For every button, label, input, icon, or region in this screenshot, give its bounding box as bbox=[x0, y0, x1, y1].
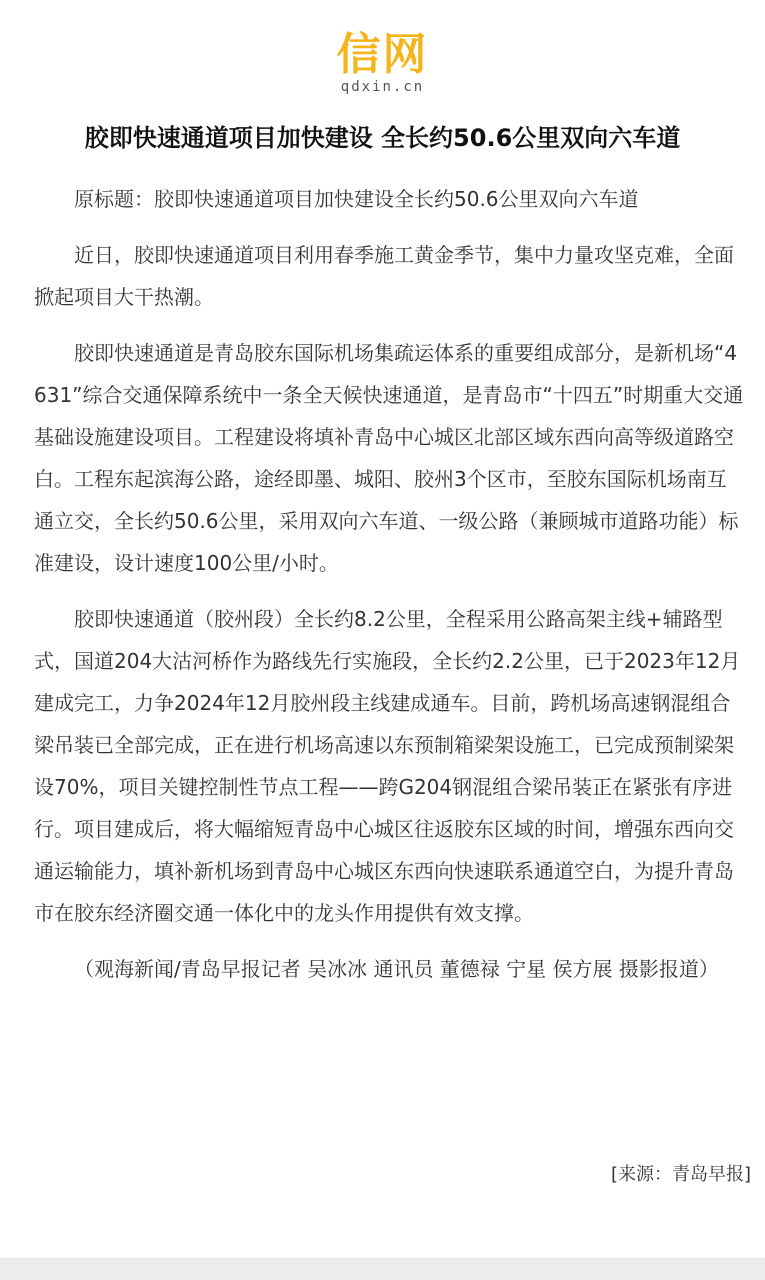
byline-paragraph: （观海新闻/青岛早报记者 吴冰冰 通讯员 董德禄 宁星 侯方展 摄影报道） bbox=[34, 948, 744, 990]
footer-bar bbox=[0, 1258, 765, 1280]
body-paragraph: 近日，胶即快速通道项目利用春季施工黄金季节，集中力量攻坚克难，全面掀起项目大干热… bbox=[34, 234, 744, 318]
article-body: 原标题：胶即快速通道项目加快建设全长约50.6公里双向六车道 近日，胶即快速通道… bbox=[34, 178, 744, 1004]
logo-mark: 信网 bbox=[337, 30, 429, 80]
article-source: [来源：青岛早报] bbox=[611, 1160, 751, 1190]
body-paragraph: 胶即快速通道是青岛胶东国际机场集疏运体系的重要组成部分，是新机场“4631”综合… bbox=[34, 332, 744, 584]
original-title-paragraph: 原标题：胶即快速通道项目加快建设全长约50.6公里双向六车道 bbox=[34, 178, 744, 220]
article-title: 胶即快速通道项目加快建设 全长约50.6公里双向六车道 bbox=[0, 120, 765, 156]
body-paragraph: 胶即快速通道（胶州段）全长约8.2公里，全程采用公路高架主线+辅路型式，国道20… bbox=[34, 598, 744, 934]
site-logo[interactable]: 信网 qdxin.cn bbox=[0, 30, 765, 96]
logo-domain: qdxin.cn bbox=[0, 78, 765, 96]
